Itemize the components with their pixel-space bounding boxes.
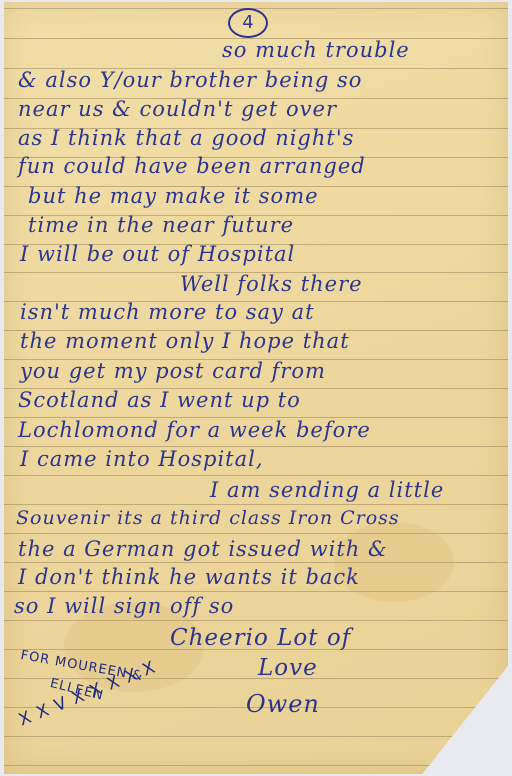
letter-line: I will be out of Hospital: [20, 242, 295, 266]
letter-line: I am sending a little: [210, 478, 444, 502]
letter-line: I don't think he wants it back: [18, 565, 360, 589]
letter-line: Souvenir its a third class Iron Cross: [16, 507, 400, 529]
letter-line: fun could have been arranged: [18, 154, 366, 178]
letter-line: Scotland as I went up to: [18, 388, 301, 412]
signature: Owen: [246, 690, 320, 718]
letter-line: you get my post card from: [20, 359, 326, 383]
letter-line: but he may make it some: [28, 184, 319, 208]
letter-line: near us & couldn't get over: [18, 97, 337, 121]
letter-line: isn't much more to say at: [20, 300, 315, 324]
letter-line: Well folks there: [180, 272, 363, 296]
letter-line: time in the near future: [28, 213, 294, 237]
letter-line: the a German got issued with &: [18, 537, 388, 561]
letter-line: I came into Hospital,: [20, 447, 264, 471]
letter-line: Lochlomond for a week before: [18, 418, 371, 442]
letter-line: so I will sign off so: [14, 594, 234, 618]
page-number: 4: [228, 8, 268, 38]
closing: Cheerio Lot of: [170, 625, 351, 651]
letter-line: & also Y/our brother being so: [18, 68, 362, 92]
letter-line: the moment only I hope that: [20, 329, 350, 353]
letter-line: as I think that a good night's: [18, 126, 354, 150]
closing-love: Love: [258, 655, 318, 681]
letter-line: so much trouble: [222, 38, 410, 62]
